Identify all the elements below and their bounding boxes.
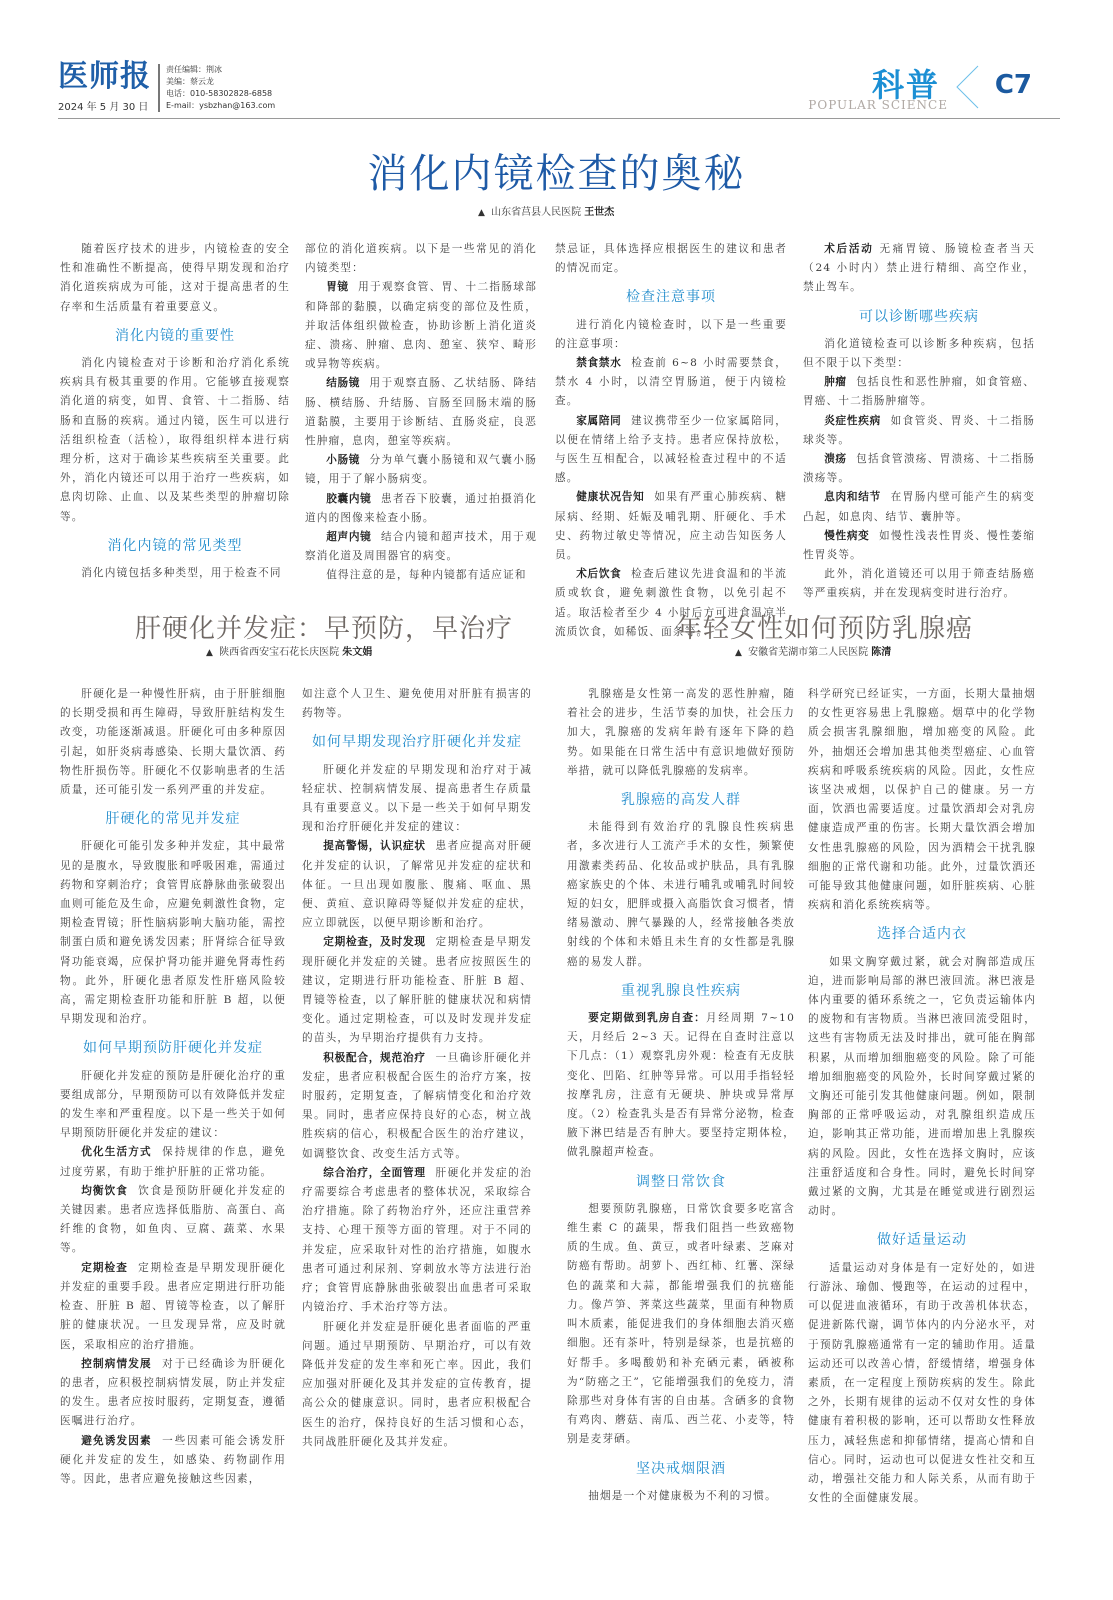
list-item: 综合治疗，全面管理 肝硬化并发症的治疗需要综合考虑患者的整体状况，采取综合治疗措… xyxy=(302,1164,532,1318)
subheading: 乳腺癌的高发人群 xyxy=(567,791,795,810)
paragraph: 部位的消化道疾病。以下是一些常见的消化内镜类型： xyxy=(305,240,537,278)
paragraph: 乳腺癌是女性第一高发的恶性肿瘤，随着社会的进步，生活节奏的加快，社会压力加大，乳… xyxy=(567,685,795,781)
list-item: 胃镜 用于观察食管、胃、十二指肠球部和降部的黏膜，以确定病变的部位及性质，并取活… xyxy=(305,278,537,374)
subheading: 重视乳腺良性疾病 xyxy=(567,982,795,1001)
publication-date: 2024 年 5 月 30 日 xyxy=(58,98,148,113)
triangle-icon: ▲ xyxy=(735,648,742,658)
subheading: 消化内镜的常见类型 xyxy=(60,537,290,556)
editor-info: 责任编辑：荆冰 美编：蔡云龙 电话：010-58302828-6858 E-ma… xyxy=(166,64,275,112)
paragraph: 科学研究已经证实，一方面，长期大量抽烟的女性更容易患上乳腺癌。烟草中的化学物质会… xyxy=(808,685,1036,915)
list-item: 避免诱发因素 一些因素可能会诱发肝硬化并发症的发生，如感染、药物副作用等。因此，… xyxy=(60,1432,286,1490)
list-item: 家属陪同 建议携带至少一位家属陪同，以便在情绪上给予支持。患者应保持放松，与医生… xyxy=(555,412,787,489)
paragraph: 适量运动对身体是有一定好处的，如进行游泳、瑜伽、慢跑等，在运动的过程中，可以促进… xyxy=(808,1259,1036,1509)
article3-byline: ▲ 安徽省芜湖市第二人民医院 陈清 xyxy=(735,643,891,658)
list-item: 小肠镜 分为单气囊小肠镜和双气囊小肠镜，用于了解小肠病变。 xyxy=(305,451,537,489)
phone-line: 电话：010-58302828-6858 xyxy=(166,88,275,100)
chevron-left-icon xyxy=(954,64,980,110)
paragraph: 肝硬化并发症是肝硬化患者面临的严重问题。通过早期预防、早期治疗，可以有效降低并发… xyxy=(302,1318,532,1452)
subheading: 选择合适内衣 xyxy=(808,925,1036,944)
paragraph: 肝硬化并发症的预防是肝硬化治疗的重要组成部分，早期预防可以有效降低并发症的发生率… xyxy=(60,1067,286,1144)
paragraph: 抽烟是一个对健康极为不利的习惯。 xyxy=(567,1487,795,1506)
list-item: 要定期做到乳房自查：月经周期 7~10 天，月经后 2~3 天。记得在自查时注意… xyxy=(567,1009,795,1163)
list-item: 均衡饮食 饮食是预防肝硬化并发症的关键因素。患者应选择低脂肪、高蛋白、高纤维的食… xyxy=(60,1182,286,1259)
paragraph: 随着医疗技术的进步，内镜检查的安全性和准确性不断提高，使得早期发现和治疗消化道疾… xyxy=(60,240,290,317)
byline-author: 王世杰 xyxy=(584,207,614,218)
paragraph: 肝硬化并发症的早期发现和治疗对于减轻症状、控制病情发展、提高患者生存质量具有重要… xyxy=(302,761,532,838)
subheading: 肝硬化的常见并发症 xyxy=(60,810,286,829)
paragraph: 值得注意的是，每种内镜都有适应证和 xyxy=(305,566,537,585)
designer-line: 美编：蔡云龙 xyxy=(166,76,275,88)
article2-headline: 肝硬化并发症：早预防，早治疗 xyxy=(135,608,513,645)
article1-column-4: 术后活动 无痛胃镜、肠镜检查者当天（24 小时内）禁止进行精细、高空作业，禁止驾… xyxy=(803,240,1035,604)
article1-column-3: 禁忌证，具体选择应根据医生的建议和患者的情况而定。 检查注意事项 进行消化内镜检… xyxy=(555,240,787,642)
triangle-icon: ▲ xyxy=(478,208,485,218)
section-brand: 科普 POPULAR SCIENCE C7 xyxy=(778,58,1058,116)
article1-column-1: 随着医疗技术的进步，内镜检查的安全性和准确性不断提高，使得早期发现和治疗消化道疾… xyxy=(60,240,290,583)
article3-headline: 年轻女性如何预防乳腺癌 xyxy=(676,608,973,645)
list-item: 定期检查，及时发现 定期检查是早期发现肝硬化并发症的关键。患者应按照医生的建议，… xyxy=(302,933,532,1048)
list-item: 息肉和结节 在胃肠内壁可能产生的病变凸起，如息肉、结节、囊肿等。 xyxy=(803,488,1035,526)
paragraph: 此外，消化道镜还可以用于筛查结肠癌等严重疾病，并在发现病变时进行治疗。 xyxy=(803,565,1035,603)
subheading: 如何早期预防肝硬化并发症 xyxy=(60,1039,286,1058)
paragraph: 如果文胸穿戴过紧，就会对胸部造成压迫，进而影响局部的淋巴液回流。淋巴液是体内重要… xyxy=(808,953,1036,1222)
subheading: 调整日常饮食 xyxy=(567,1173,795,1192)
list-item: 结肠镜 用于观察直肠、乙状结肠、降结肠、横结肠、升结肠、盲肠至回肠末端的肠道黏膜… xyxy=(305,374,537,451)
list-item: 禁食禁水 检查前 6~8 小时需要禁食，禁水 4 小时，以清空胃肠道，便于内镜检… xyxy=(555,354,787,412)
list-item: 肿瘤 包括良性和恶性肿瘤，如食管癌、胃癌、十二指肠肿瘤等。 xyxy=(803,373,1035,411)
article1-headline: 消化内镜检查的奥秘 xyxy=(0,142,1113,199)
list-item: 提高警惕，认识症状 患者应提高对肝硬化并发症的认识，了解常见并发症的症状和体征。… xyxy=(302,837,532,933)
section-title-en: POPULAR SCIENCE xyxy=(808,98,948,112)
list-item: 积极配合，规范治疗 一旦确诊肝硬化并发症，患者应积极配合医生的治疗方案，按时服药… xyxy=(302,1049,532,1164)
triangle-icon: ▲ xyxy=(206,648,213,658)
article3-column-2: 科学研究已经证实，一方面，长期大量抽烟的女性更容易患上乳腺癌。烟草中的化学物质会… xyxy=(808,685,1036,1508)
paragraph: 进行消化内镜检查时，以下是一些重要的注意事项： xyxy=(555,316,787,354)
subheading: 可以诊断哪些疾病 xyxy=(803,308,1035,327)
subheading: 坚决戒烟限酒 xyxy=(567,1460,795,1479)
paragraph: 如注意个人卫生、避免使用对肝脏有损害的药物等。 xyxy=(302,685,532,723)
article1-byline: ▲ 山东省莒县人民医院 王世杰 xyxy=(478,203,614,218)
subheading: 检查注意事项 xyxy=(555,288,787,307)
paragraph: 消化内镜包括多种类型，用于检查不同 xyxy=(60,564,290,583)
list-item: 超声内镜 结合内镜和超声技术，用于观察消化道及周围器官的病变。 xyxy=(305,528,537,566)
page-number: C7 xyxy=(995,70,1032,100)
paragraph: 肝硬化可能引发多种并发症，其中最常见的是腹水，导致腹胀和呼吸困难，需通过药物和穿… xyxy=(60,837,286,1029)
list-item: 控制病情发展 对于已经确诊为肝硬化的患者，应积极控制病情发展，防止并发症的发生。… xyxy=(60,1355,286,1432)
paragraph: 肝硬化是一种慢性肝病，由于肝脏细胞的长期受损和再生障碍，导致肝脏结构发生改变，功… xyxy=(60,685,286,800)
newspaper-logo: 医师报 xyxy=(58,60,151,94)
article1-column-2: 部位的消化道疾病。以下是一些常见的消化内镜类型： 胃镜 用于观察食管、胃、十二指… xyxy=(305,240,537,586)
masthead: 医师报 2024 年 5 月 30 日 责任编辑：荆冰 美编：蔡云龙 电话：01… xyxy=(58,58,1058,116)
paragraph: 消化道镜检查可以诊断多种疾病，包括但不限于以下类型： xyxy=(803,335,1035,373)
list-item: 优化生活方式 保持规律的作息，避免过度劳累，有助于维护肝脏的正常功能。 xyxy=(60,1143,286,1181)
article2-column-2: 如注意个人卫生、避免使用对肝脏有损害的药物等。 如何早期发现治疗肝硬化并发症 肝… xyxy=(302,685,532,1452)
masthead-divider xyxy=(158,64,160,112)
list-item: 炎症性疾病 如食管炎、胃炎、十二指肠球炎等。 xyxy=(803,412,1035,450)
subheading: 如何早期发现治疗肝硬化并发症 xyxy=(302,733,532,752)
paragraph: 禁忌证，具体选择应根据医生的建议和患者的情况而定。 xyxy=(555,240,787,278)
byline-author: 朱文娟 xyxy=(342,647,372,658)
list-item: 术后活动 无痛胃镜、肠镜检查者当天（24 小时内）禁止进行精细、高空作业，禁止驾… xyxy=(803,240,1035,298)
paragraph: 未能得到有效治疗的乳腺良性疾病患者，多次进行人工流产手术的女性，频繁使用激素类药… xyxy=(567,818,795,972)
byline-author: 陈清 xyxy=(871,647,891,658)
byline-org: 安徽省芜湖市第二人民医院 xyxy=(748,647,868,658)
paragraph: 想要预防乳腺癌，日常饮食要多吃富含维生素 C 的蔬果，帮我们阻挡一些致癌物质的生… xyxy=(567,1200,795,1450)
list-item: 溃疡 包括食管溃疡、胃溃疡、十二指肠溃疡等。 xyxy=(803,450,1035,488)
article2-byline: ▲ 陕西省西安宝石花长庆医院 朱文娟 xyxy=(206,643,372,658)
list-item: 慢性病变 如慢性浅表性胃炎、慢性萎缩性胃炎等。 xyxy=(803,527,1035,565)
subheading: 消化内镜的重要性 xyxy=(60,327,290,346)
list-item: 定期检查 定期检查是早期发现肝硬化并发症的重要手段。患者应定期进行肝功能检查、肝… xyxy=(60,1259,286,1355)
editor-line: 责任编辑：荆冰 xyxy=(166,64,275,76)
list-item: 胶囊内镜 患者吞下胶囊，通过拍摄消化道内的图像来检查小肠。 xyxy=(305,490,537,528)
email-line: E-mail：ysbzhan@163.com xyxy=(166,100,275,112)
list-item: 健康状况告知 如果有严重心肺疾病、糖尿病、经期、妊娠及哺乳期、肝硬化、手术史、药… xyxy=(555,488,787,565)
byline-org: 山东省莒县人民医院 xyxy=(491,207,581,218)
masthead-rule xyxy=(58,118,1060,119)
subheading: 做好适量运动 xyxy=(808,1231,1036,1250)
article3-column-1: 乳腺癌是女性第一高发的恶性肿瘤，随着社会的进步，生活节奏的加快，社会压力加大，乳… xyxy=(567,685,795,1506)
byline-org: 陕西省西安宝石花长庆医院 xyxy=(219,647,339,658)
paragraph: 消化内镜检查对于诊断和治疗消化系统疾病具有极其重要的作用。它能够直接观察消化道的… xyxy=(60,354,290,527)
article2-column-1: 肝硬化是一种慢性肝病，由于肝脏细胞的长期受损和再生障碍，导致肝脏结构发生改变，功… xyxy=(60,685,286,1489)
